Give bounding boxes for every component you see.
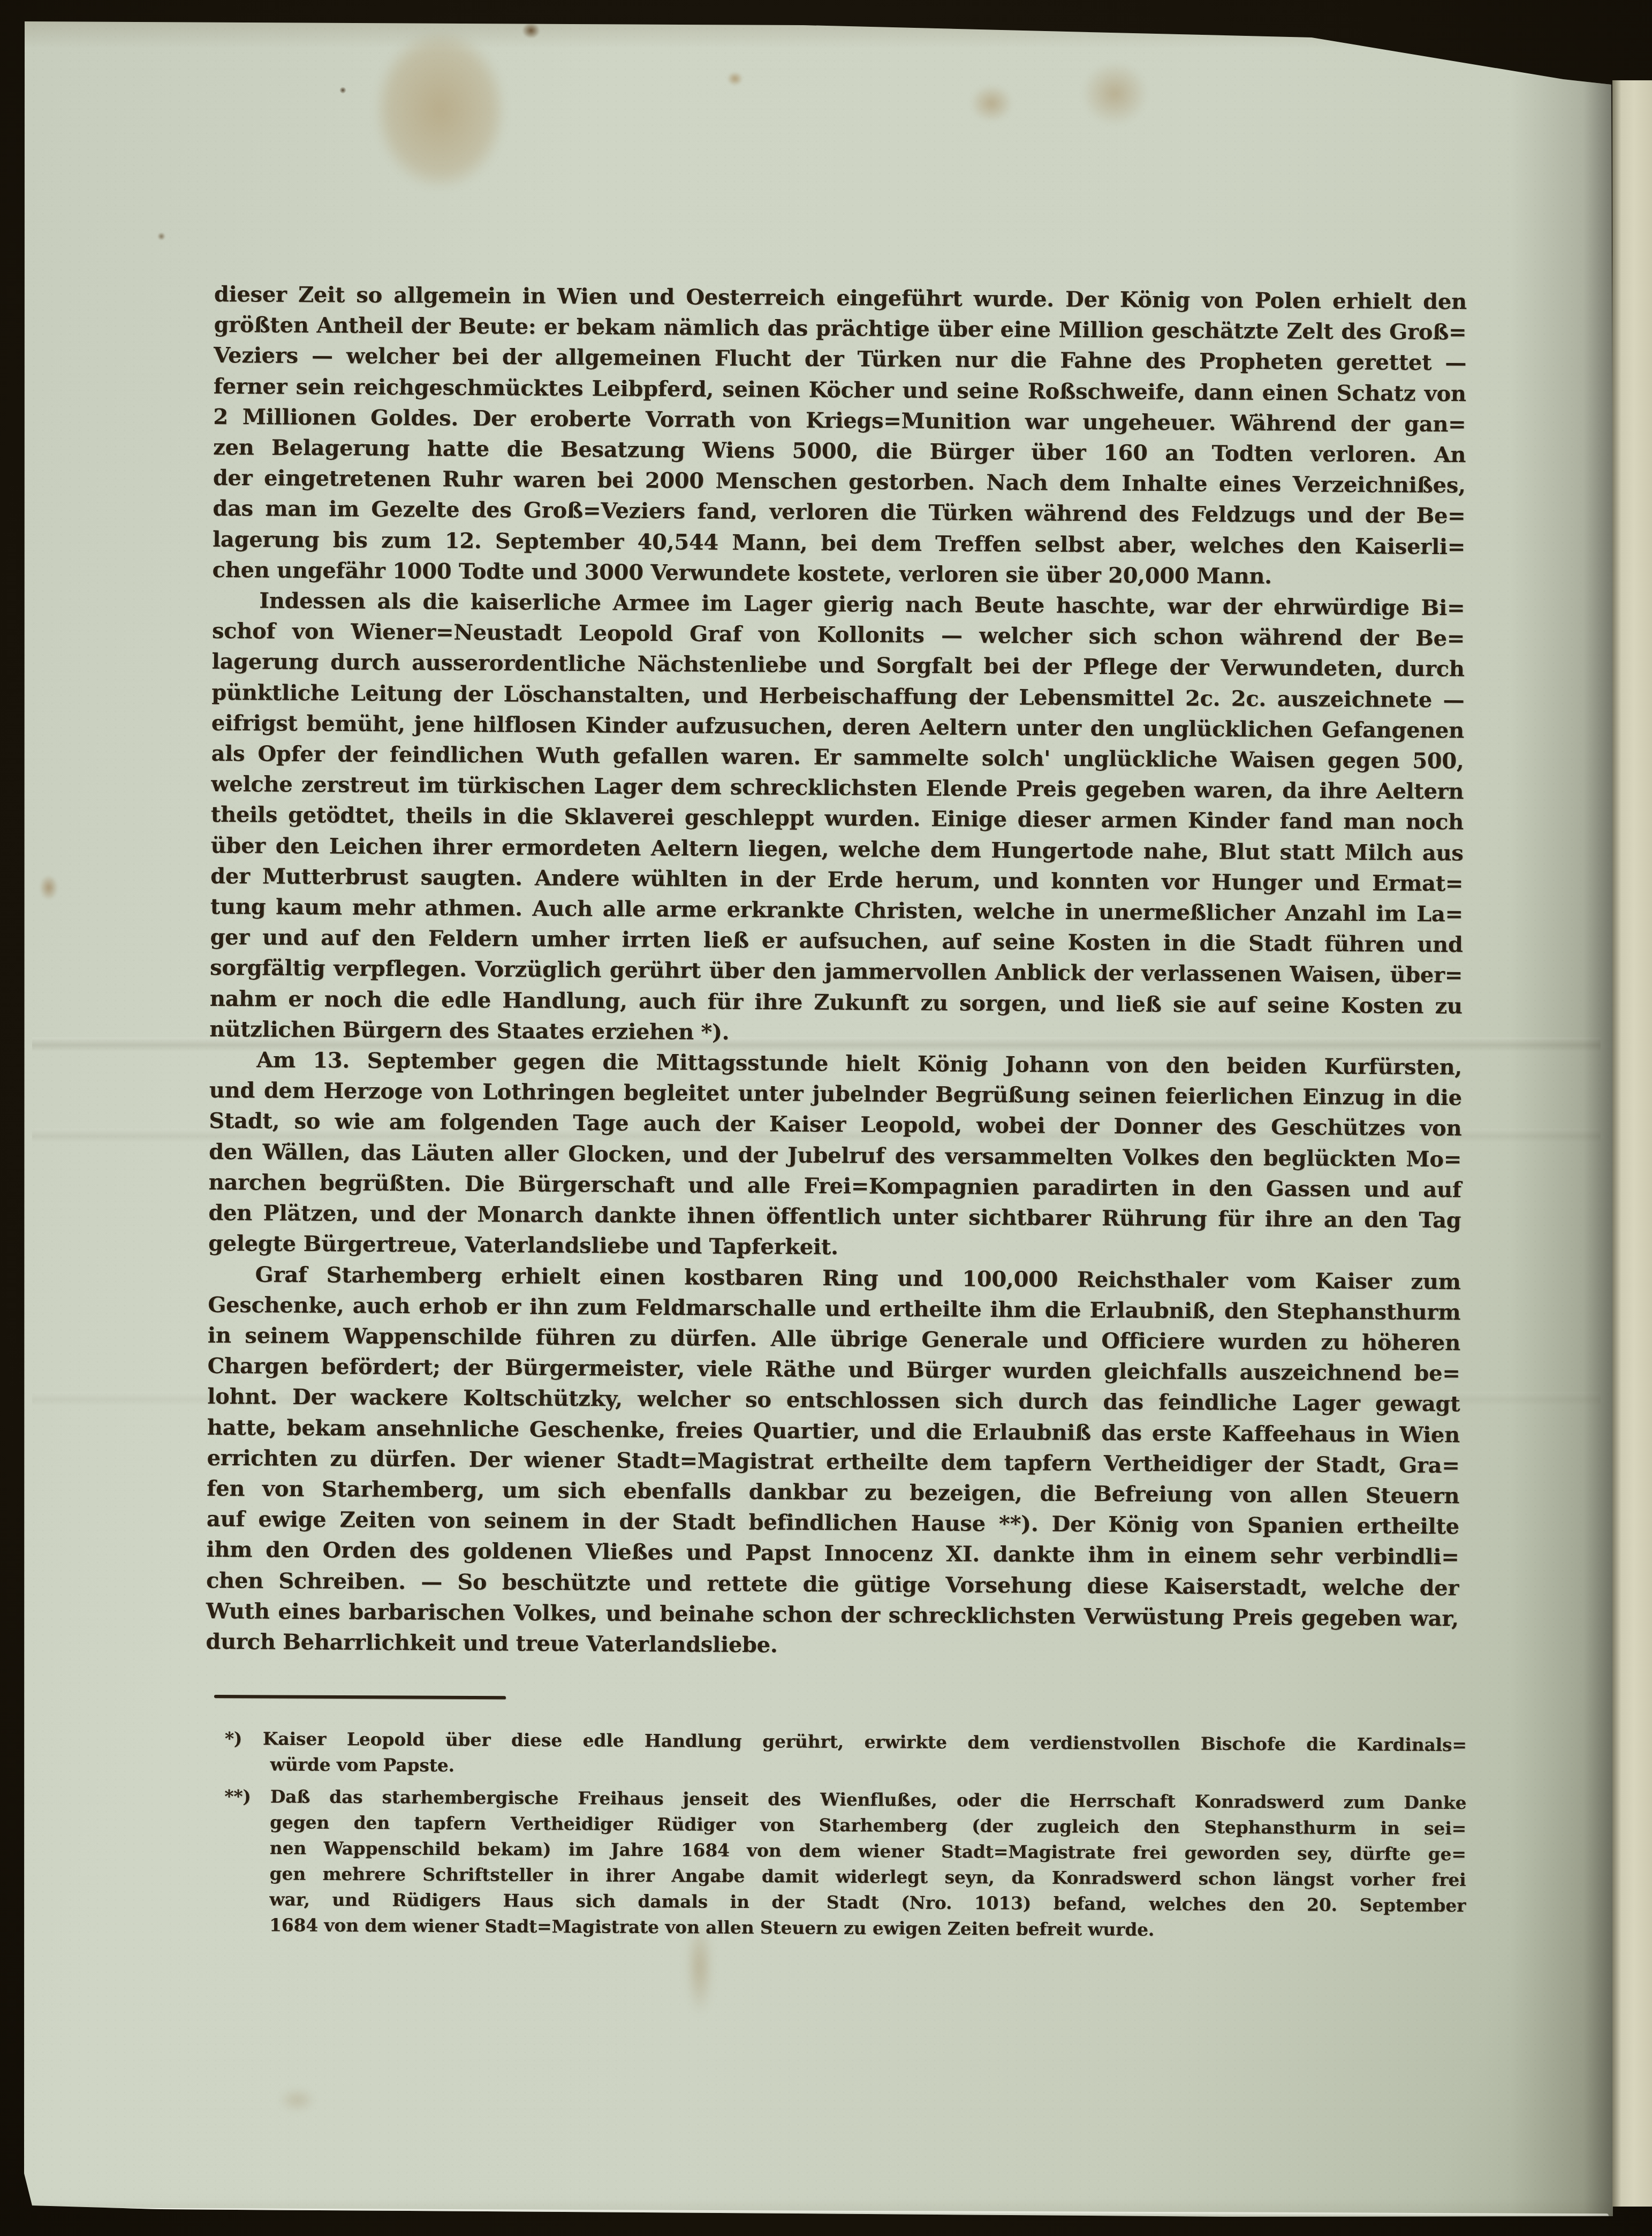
footnote: *) Kaiser Leopold über diese edle Handlu… (224, 1726, 1466, 1784)
footnotes: *) Kaiser Leopold über diese edle Handlu… (224, 1726, 1467, 1944)
ink-stain (522, 22, 540, 39)
page-paper: dieser Zeit so allgemein in Wien und Oes… (0, 0, 1652, 2236)
ink-stain (40, 875, 58, 900)
ink-stain (970, 85, 1013, 122)
ink-stain (339, 87, 346, 94)
page-fold-shadow (1510, 75, 1615, 2225)
ink-stain (278, 2088, 316, 2112)
footnote: **) Daß das starhembergische Freihaus je… (224, 1784, 1466, 1944)
ink-stain (727, 72, 743, 86)
scanned-book-page: dieser Zeit so allgemein in Wien und Oes… (0, 0, 1652, 2236)
ink-stain (1081, 62, 1148, 126)
adjacent-page-edge (1612, 80, 1652, 2207)
ink-stain (375, 31, 506, 189)
ink-stain (157, 232, 165, 240)
body-text: dieser Zeit so allgemein in Wien und Oes… (206, 279, 1467, 1664)
